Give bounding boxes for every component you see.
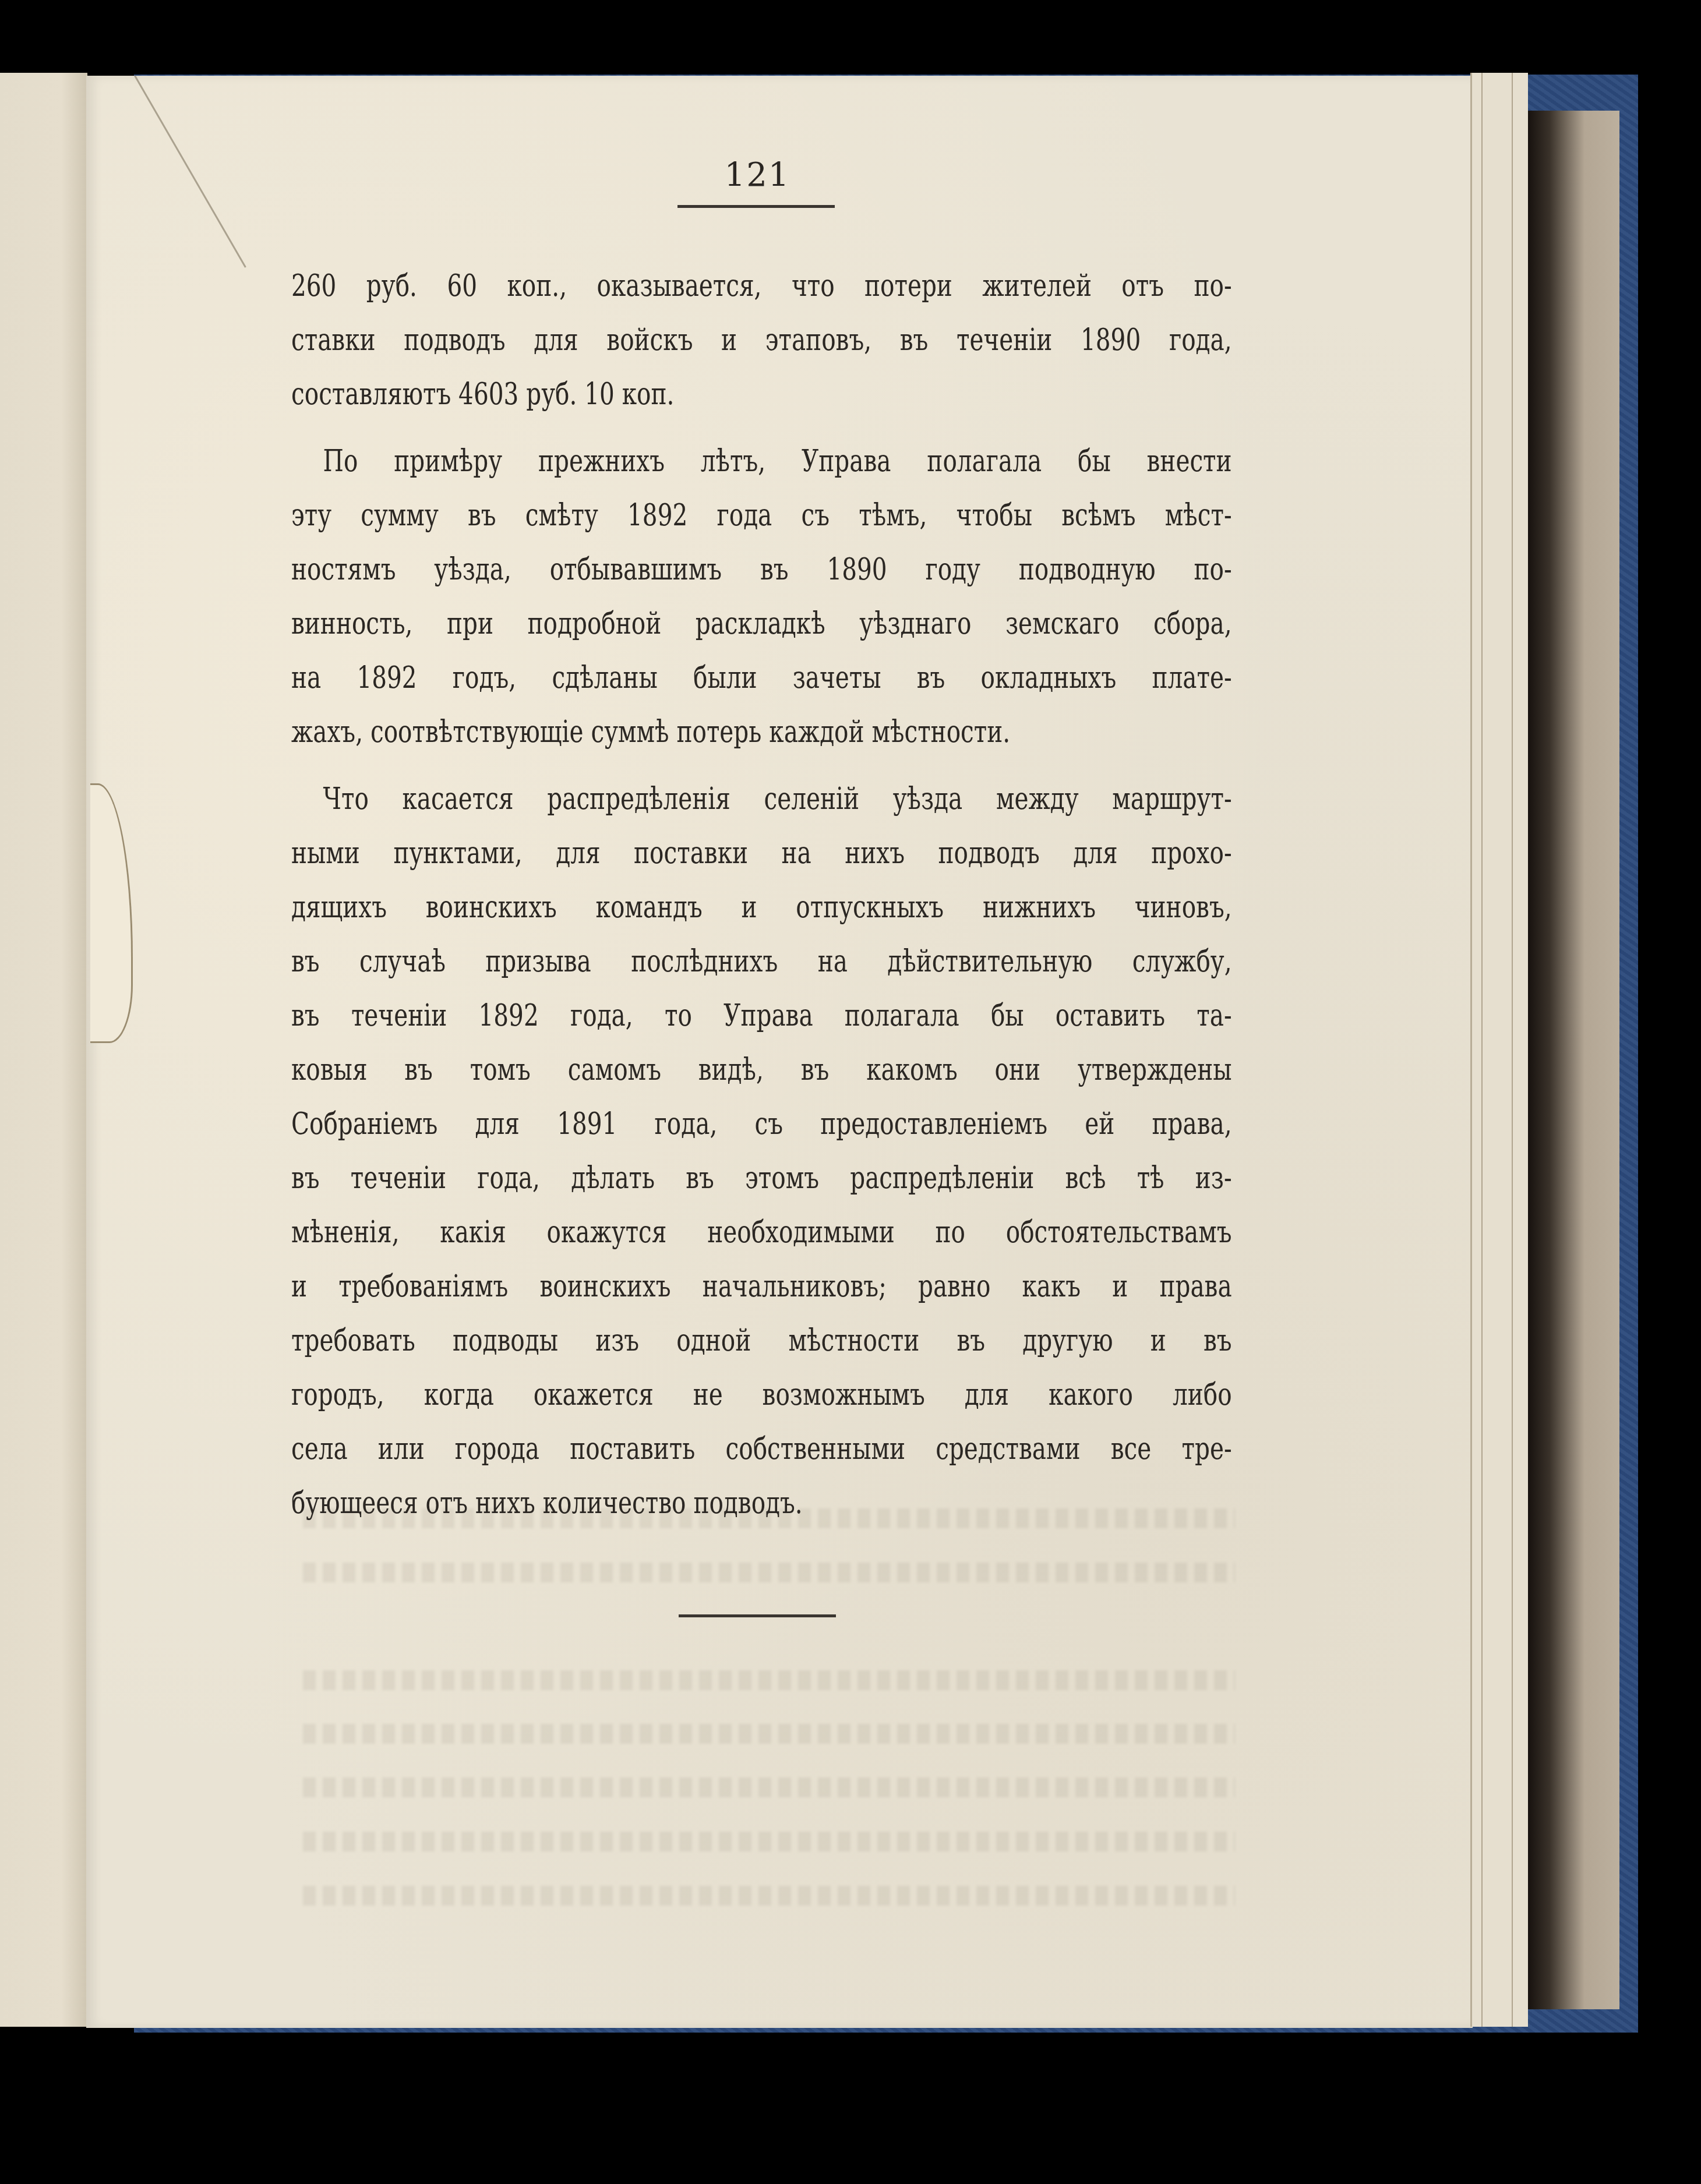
inner-cover-board (1526, 111, 1619, 2009)
bleed-through-text (303, 1832, 1235, 1851)
text-line: бующееся отъ нихъ количество подводъ. (291, 1476, 1232, 1531)
text-line: эту сумму въ смѣту 1892 года съ тѣмъ, чт… (291, 489, 1232, 543)
text-line: винность, при подробной раскладкѣ уѣздна… (291, 597, 1232, 651)
text-line: въ теченіи 1892 года, то Управа полагала… (291, 989, 1232, 1043)
text-line: Собраніемъ для 1891 года, съ предоставле… (291, 1097, 1232, 1151)
text-line: ностямъ уѣзда, отбывавшимъ въ 1890 году … (291, 543, 1232, 597)
bleed-through-text (303, 1563, 1235, 1582)
page-edges-stack (1470, 73, 1528, 2027)
text-line: требовать подводы изъ одной мѣстности въ… (291, 1314, 1232, 1368)
text-line: По примѣру прежнихъ лѣтъ, Управа полагал… (291, 434, 1232, 489)
text-line: Что касается распредѣленія селеній уѣзда… (291, 772, 1232, 826)
text-line: городъ, когда окажется не возможнымъ для… (291, 1368, 1232, 1422)
paragraph-2: По примѣру прежнихъ лѣтъ, Управа полагал… (291, 434, 1232, 759)
text-line: и требованіямъ воинскихъ начальниковъ; р… (291, 1260, 1232, 1314)
text-line: 260 руб. 60 коп., оказывается, что потер… (291, 259, 1232, 313)
text-line: ными пунктами, для поставки на нихъ подв… (291, 826, 1232, 881)
header-rule (677, 205, 835, 208)
text-line: въ теченіи года, дѣлать въ этомъ распред… (291, 1151, 1232, 1206)
paragraph-3: Что касается распредѣленія селеній уѣзда… (291, 772, 1232, 1531)
section-end-rule (679, 1614, 836, 1617)
page-number: 121 (676, 156, 839, 194)
text-line: ковыя въ томъ самомъ видѣ, въ какомъ они… (291, 1043, 1232, 1097)
text-line: ставки подводъ для войскъ и этаповъ, въ … (291, 313, 1232, 367)
bleed-through-text (303, 1886, 1235, 1906)
text-line: составляютъ 4603 руб. 10 коп. (291, 367, 1232, 422)
text-line: въ случаѣ призыва послѣднихъ на дѣйствит… (291, 935, 1232, 989)
facing-page-edge (0, 73, 87, 2027)
bleed-through-text (303, 1670, 1235, 1690)
text-line: на 1892 годъ, сдѣланы были зачеты въ окл… (291, 651, 1232, 705)
bleed-through-text (303, 1777, 1235, 1797)
text-line: села или города поставить собственными с… (291, 1422, 1232, 1476)
paragraph-1: 260 руб. 60 коп., оказывается, что потер… (291, 259, 1232, 422)
text-line: мѣненія, какія окажутся необходимыми по … (291, 1206, 1232, 1260)
body-text: 260 руб. 60 коп., оказывается, что потер… (291, 259, 1025, 1543)
bleed-through-text (303, 1724, 1235, 1744)
text-line: дящихъ воинскихъ командъ и отпускныхъ ни… (291, 881, 1232, 935)
text-line: жахъ, соотвѣтствующіе суммѣ потерь каждо… (291, 705, 1232, 759)
